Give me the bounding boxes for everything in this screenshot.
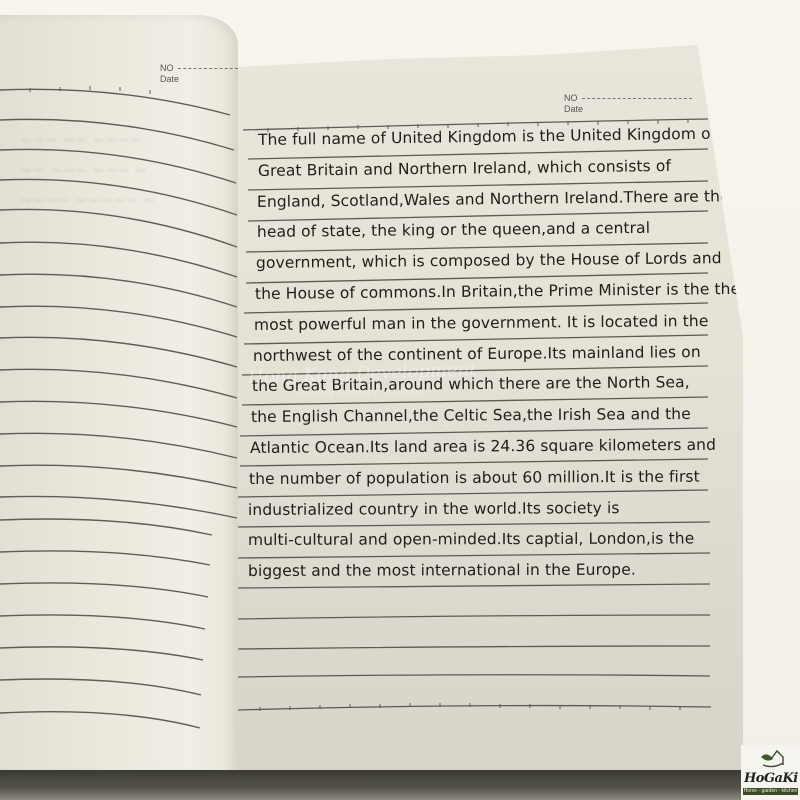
handwriting-line: government, which is composed by the Hou… [256, 243, 718, 279]
handwriting-line: The full name of United Kingdom is the U… [258, 119, 718, 156]
handwriting-line: Great Britain and Northern Ireland, whic… [258, 150, 718, 186]
handwriting-line: Atlantic Ocean.Its land area is 24.36 sq… [250, 430, 718, 464]
left-page-header: NO Date [160, 63, 238, 85]
leaf-house-icon [759, 747, 785, 769]
handwriting-line: head of state, the king or the queen,and… [257, 213, 718, 249]
logo-tagline: Home - garden - kitchen [743, 788, 798, 795]
handwriting-line: most powerful man in the government. It … [254, 306, 718, 341]
right-no-label: NO [564, 93, 578, 103]
logo-name: HoGaKi [744, 771, 798, 786]
right-date-label: Date [564, 104, 692, 115]
handwritten-text: The full name of United Kingdom is the U… [248, 125, 718, 587]
brand-logo: HoGaKi Home - garden - kitchen [741, 745, 800, 800]
handwriting-line: biggest and the most international in th… [248, 555, 718, 587]
left-date-label: Date [160, 74, 238, 85]
watermark-subtext: factory supplier in China [298, 387, 424, 398]
handwriting-line: industrialized country in the world.Its … [248, 492, 718, 525]
handwriting-line: the English Channel,the Celtic Sea,the I… [251, 399, 718, 433]
handwriting-line: the number of population is about 60 mil… [249, 461, 718, 494]
left-notebook-page: NO Date ~~~ ~~ ~~~~~~ ~~~ ~~~ ~~~~~ ~~~~… [0, 15, 238, 775]
show-through-writing: ~~~ ~~ ~~~~~~ ~~~ ~~~ ~~~~~ ~~~~~ ~ [20, 125, 210, 215]
handwriting-line: the House of commons.In Britain,the Prim… [255, 274, 718, 310]
right-page-header: NO Date [564, 93, 692, 115]
right-notebook-page: NO Date The full name of United Kingdom … [238, 45, 743, 775]
handwriting-line: multi-cultural and open-minded.Its capti… [248, 524, 718, 556]
book-bottom-edge-shadow [0, 770, 745, 800]
left-no-label: NO [160, 63, 174, 73]
